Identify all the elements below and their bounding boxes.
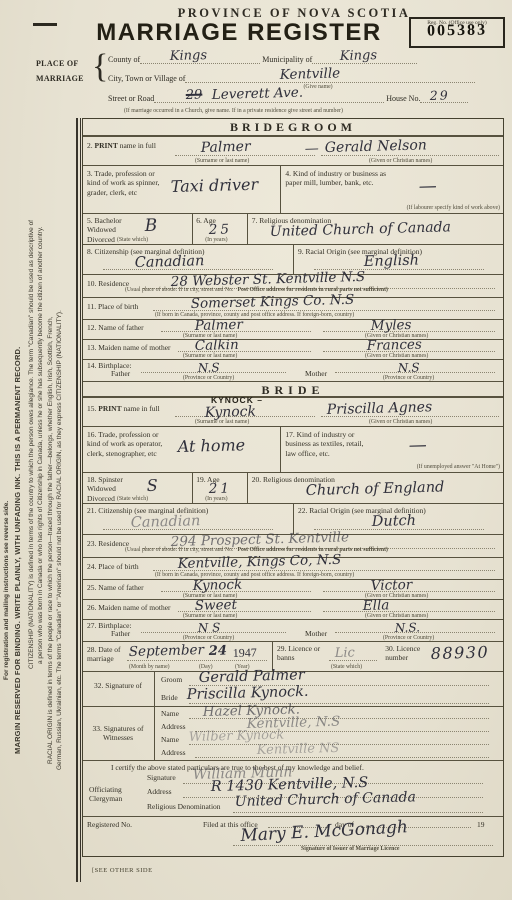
state-which-caption: (State which) xyxy=(117,237,148,243)
bride-name-label: 15. PRINT name in full xyxy=(87,404,160,413)
form-row-groom-status: 5. Bachelor Widowed Divorced B (State wh… xyxy=(83,213,503,244)
city-label: City, Town or Village of xyxy=(108,74,185,83)
date-year-value: 1947 xyxy=(233,645,257,661)
form-row-bride-trade: 16. Trade, profession or kind of work as… xyxy=(83,426,503,472)
margin-note-citizenship-2: a person who was born in Canada or who h… xyxy=(37,45,44,845)
municipality-label: Municipality of xyxy=(262,55,312,64)
dotted-line xyxy=(175,155,315,156)
groom-age-cell: 6. Age 25 (In years) xyxy=(192,214,247,244)
bride-religion-value: Church of England xyxy=(305,479,444,499)
witnesses-labelcell: 33. Signatures of Witnesses xyxy=(83,707,155,760)
witness-fields: Name Hazel Kynock. Address Kentville, N.… xyxy=(155,707,503,760)
groom-bp-mother-value: N.S xyxy=(398,360,420,375)
place-label-line1: PLACE OF xyxy=(36,56,84,71)
father-label: Father xyxy=(111,629,130,638)
groom-industry-value: — xyxy=(419,176,438,197)
bride-status-value: S xyxy=(147,476,158,495)
dotted-line xyxy=(195,757,489,758)
bride-label: Bride xyxy=(161,693,178,702)
groom-trade-cell: 3. Trade, profession or kind of work as … xyxy=(83,166,280,213)
bridegroom-section-header: BRIDEGROOM xyxy=(83,119,503,136)
groom-signature-value: Gerald Palmer xyxy=(199,667,305,686)
municipality-value: Kings xyxy=(340,48,378,64)
city-line: City, Town or Village ofKentville(Give n… xyxy=(108,74,504,83)
margin-note-citizenship-1: CITIZENSHIP (NATIONALITY) is defined in … xyxy=(28,45,35,845)
in-years-caption: (In years) xyxy=(205,237,227,243)
city-fill-line: Kentville(Give name) xyxy=(185,74,475,83)
given-caption: (Given or Christian names) xyxy=(369,419,432,425)
municipality-fill-line: Kings xyxy=(312,55,417,64)
surname-caption: (Surname or last name) xyxy=(195,158,249,164)
dotted-line xyxy=(233,812,483,813)
form-row-bride-citizenship: 21. Citizenship (see marginal definition… xyxy=(83,503,503,534)
street-caption: (If marriage occurred in a Church, give … xyxy=(124,108,343,114)
county-line: County ofKings Municipality ofKings xyxy=(108,55,504,64)
officiating-clergyman-label: Officiating Clergyman xyxy=(89,785,131,804)
bride-father-label: 25. Name of father xyxy=(87,583,144,592)
groom-industry-caption: (If labourer specify kind of work above) xyxy=(407,205,500,211)
witnesses-label: 33. Signatures of Witnesses xyxy=(87,724,149,743)
bride-section-header: BRIDE xyxy=(83,381,503,397)
month-caption: (Month by name) xyxy=(129,664,170,670)
place-brace: { xyxy=(92,48,108,86)
bride-mother-label: 26. Maiden name of mother xyxy=(87,603,171,612)
date-month-value: September xyxy=(129,642,205,660)
year-19-label: 19 xyxy=(477,820,485,829)
bride-given-value: Priscilla Agnes xyxy=(327,399,433,418)
religious-denomination-label: Religious Denomination xyxy=(147,802,221,811)
groom-citizenship-value: Canadian xyxy=(135,253,205,271)
groom-residence-label: 10. Residence xyxy=(87,279,129,288)
bride-mother-given: Ella xyxy=(363,597,390,614)
signature-of-labelcell: 32. Signature of xyxy=(83,672,155,706)
groom-mother-given: Frances xyxy=(367,337,422,354)
county-value: Kings xyxy=(170,48,208,64)
form-row-issuer-signature: Mary E. McGonagh Signature of Issuer of … xyxy=(83,830,503,856)
bride-bp-mother-value: N.S. xyxy=(395,620,421,635)
groom-label: Groom xyxy=(161,675,182,684)
groom-birth-label: 11. Place of birth xyxy=(87,302,138,311)
margin-note-racial-origin-1: RACIAL ORIGIN is defined in terms of the… xyxy=(47,215,54,865)
bride-mother-surname: Sweet xyxy=(195,597,238,614)
page-title: MARRIAGE REGISTER xyxy=(74,19,404,47)
groom-mother-label: 13. Maiden name of mother xyxy=(87,343,171,352)
place-of-marriage-block: PLACE OF MARRIAGE { County ofKings Munic… xyxy=(36,50,504,116)
city-value: Kentville xyxy=(280,65,341,83)
couple-signature-fields: Groom Gerald Palmer Bride Priscilla Kyno… xyxy=(155,672,503,706)
registration-number-box: Reg. No. (Office use only) 005383 xyxy=(409,17,505,48)
address-label: Address xyxy=(161,748,186,757)
bride-father-given: Victor xyxy=(371,577,413,594)
county-fill-line: Kings xyxy=(140,55,260,64)
groom-status-value: B xyxy=(144,216,157,236)
groom-birth-value: Somerset Kings Co. N.S xyxy=(191,292,355,312)
clergy-signature-label: Signature xyxy=(147,773,176,782)
place-label-line2: MARRIAGE xyxy=(36,71,84,86)
groom-industry-cell: 4. Kind of industry or business as paper… xyxy=(280,166,503,213)
licence-banns-label: 29. Licence or banns xyxy=(277,644,325,663)
bride-birth-label: 24. Place of birth xyxy=(87,562,139,571)
licence-number-value: 88930 xyxy=(431,642,490,663)
bride-bp-father-value: N S xyxy=(198,620,221,635)
scan-mark-dash xyxy=(33,23,57,26)
street-value: Leverett Ave. xyxy=(212,85,304,103)
form-row-groom-mother: 13. Maiden name of mother Calkin Frances… xyxy=(83,339,503,359)
licence-number-label: 30. Licence number xyxy=(385,644,425,663)
name-label: Name xyxy=(161,709,179,718)
bride-name-print: PRINT xyxy=(98,404,121,413)
bride-religion-cell: 20. Religious denomination Church of Eng… xyxy=(247,473,503,503)
groom-father-given: Myles xyxy=(371,317,412,334)
clergy-address-label: Address xyxy=(147,787,172,796)
bride-trade-cell: 16. Trade, profession or kind of work as… xyxy=(83,427,280,472)
groom-bp-father-value: N.S xyxy=(198,360,220,375)
state-which-caption: (State which) xyxy=(331,664,362,670)
state-which-caption: (State which) xyxy=(117,496,148,502)
signature-of-label: 32. Signature of xyxy=(89,681,147,690)
father-label: Father xyxy=(111,369,130,378)
street-struck-value: 29 xyxy=(186,88,203,103)
groom-name-no: 2. xyxy=(87,141,93,150)
bride-age-value: 21 xyxy=(209,480,233,497)
house-no-fill-line: 29 xyxy=(420,94,468,103)
bride-industry-value: — xyxy=(409,435,428,456)
street-label: Street or Road xyxy=(108,94,154,103)
form-row-bride-name: 15. PRINT name in full KYNOCK – Kynock P… xyxy=(83,397,503,426)
marriage-register-form: BRIDEGROOM 2. PRINT name in full Palmer … xyxy=(82,118,504,857)
groom-father-surname: Palmer xyxy=(195,317,243,334)
licence-number-cell: 30. Licence number 88930 xyxy=(381,642,503,671)
residence-caption-normal: (Usual place of abode. If in city, stree… xyxy=(125,287,233,293)
bride-status-cell: 18. Spinster Widowed Divorced S (State w… xyxy=(83,473,192,503)
reg-no-stamp: 005383 xyxy=(413,21,501,41)
bride-industry-caption: (If unemployed answer "At Home") xyxy=(417,464,500,470)
form-row-bride-birthplace: 24. Place of birth Kentville, Kings Co, … xyxy=(83,557,503,579)
date-cell: 28. Date of marriage September 24 1947 (… xyxy=(83,642,272,671)
bride-residence-label: 23. Residence xyxy=(87,539,129,548)
groom-surname-value: Palmer xyxy=(201,139,251,156)
margin-note-racial-origin-2: German, Russian, Ukrainian, etc. The ter… xyxy=(56,215,63,865)
form-row-bride-parents-birthplace: 27. Birthplace: Father N S (Province or … xyxy=(83,619,503,641)
form-row-groom-trade: 3. Trade, profession or kind of work as … xyxy=(83,165,503,213)
margin-note-binding: MARGIN RESERVED FOR BINDING. WRITE PLAIN… xyxy=(13,315,22,785)
groom-mother-surname: Calkin xyxy=(195,337,239,354)
form-row-bride-status: 18. Spinster Widowed Divorced S (State w… xyxy=(83,472,503,503)
registered-no-label: Registered No. xyxy=(87,820,132,829)
given-caption: (Given or Christian names) xyxy=(369,158,432,164)
residence-caption-normal: (Usual place of abode. If in city, stree… xyxy=(125,547,233,553)
street-line: Street or Road29Leverett Ave. House No.2… xyxy=(108,94,504,103)
date-label: 28. Date of marriage xyxy=(87,645,125,664)
groom-birth-caption: (If born in Canada, province, county and… xyxy=(155,312,354,318)
in-years-caption: (In years) xyxy=(205,496,227,502)
bride-industry-cell: 17. Kind of industry or business as text… xyxy=(280,427,503,472)
groom-father-label: 12. Name of father xyxy=(87,323,144,332)
form-row-groom-name: 2. PRINT name in full Palmer — Gerald Ne… xyxy=(83,136,503,165)
groom-given-value: Gerald Nelson xyxy=(325,137,427,156)
form-row-groom-birthplace: 11. Place of birth Somerset Kings Co. N.… xyxy=(83,297,503,319)
groom-age-value: 25 xyxy=(209,221,233,238)
form-row-bride-father: 25. Name of father Kynock Victor (Surnam… xyxy=(83,579,503,599)
form-row-marriage-date: 28. Date of marriage September 24 1947 (… xyxy=(83,641,503,671)
bride-age-cell: 19. Age 21 (In years) xyxy=(192,473,247,503)
bride-birth-caption: (If born in Canada, province, county and… xyxy=(155,572,354,578)
surname-caption: (Surname or last name) xyxy=(195,419,249,425)
form-row-witness-signatures: 33. Signatures of Witnesses Name Hazel K… xyxy=(83,706,503,760)
dotted-line xyxy=(323,611,495,612)
form-row-bride-mother: 26. Maiden name of mother Sweet Ella (Su… xyxy=(83,599,503,619)
binding-rule xyxy=(76,118,81,882)
form-row-certification: I certify the above stated particulars a… xyxy=(83,760,503,816)
street-fill-line: 29Leverett Ave. xyxy=(154,94,384,103)
form-row-groom-citizenship: 8. Citizenship (see marginal definition)… xyxy=(83,244,503,274)
name-label: Name xyxy=(161,735,179,744)
bride-industry-label: 17. Kind of industry or business as text… xyxy=(285,430,373,458)
bride-trade-value: At home xyxy=(178,435,246,456)
licence-banns-value: Lic xyxy=(335,645,355,661)
bride-citizenship-value: Canadian xyxy=(131,513,201,531)
bride-name-rest: name in full xyxy=(123,404,159,413)
bride-name-no: 15. xyxy=(87,404,96,413)
bride-citizenship-cell: 21. Citizenship (see marginal definition… xyxy=(83,504,293,534)
county-label: County of xyxy=(108,55,140,64)
groom-name-dash: — xyxy=(305,141,319,157)
groom-citizenship-cell: 8. Citizenship (see marginal definition)… xyxy=(83,245,293,274)
groom-racial-value: English xyxy=(364,253,420,270)
bride-father-surname: Kynock xyxy=(193,577,243,594)
groom-trade-label: 3. Trade, profession or kind of work as … xyxy=(87,169,163,197)
house-no-value: 29 xyxy=(430,87,450,103)
issuer-signature-caption: Signature of Issuer of Marriage Licence xyxy=(301,846,399,852)
groom-religion-cell: 7. Religious denomination United Church … xyxy=(247,214,503,244)
groom-name-print: PRINT xyxy=(95,141,118,150)
witness2-address-value: Kentville NS xyxy=(257,741,340,758)
groom-trade-value: Taxi driver xyxy=(171,175,259,196)
groom-industry-label: 4. Kind of industry or business as paper… xyxy=(285,169,387,188)
groom-name-label: 2. PRINT name in full xyxy=(87,141,156,150)
margin-note-registration: For registration and mailing instruction… xyxy=(3,390,10,790)
mother-label: Mother xyxy=(305,369,327,378)
bride-birth-value: Kentville, Kings Co, N.S xyxy=(178,552,342,572)
bride-signature-value: Priscilla Kynock. xyxy=(187,684,309,703)
place-label: PLACE OF MARRIAGE xyxy=(36,56,84,86)
mother-label: Mother xyxy=(305,629,327,638)
form-row-groom-father: 12. Name of father Palmer Myles (Surname… xyxy=(83,319,503,339)
bride-trade-label: 16. Trade, profession or kind of work as… xyxy=(87,430,167,458)
see-other-side-note: [SEE OTHER SIDE xyxy=(92,867,153,874)
groom-religion-value: United Church of Canada xyxy=(269,219,451,240)
form-row-groom-parents-birthplace: 14. Birthplace: Father N.S (Province or … xyxy=(83,359,503,381)
date-day-value: 24 xyxy=(209,644,227,659)
religious-denomination-value: United Church of Canada xyxy=(235,789,417,810)
groom-name-rest: name in full xyxy=(120,141,156,150)
house-no-label: House No. xyxy=(386,94,420,103)
bride-racial-value: Dutch xyxy=(372,513,417,530)
groom-status-cell: 5. Bachelor Widowed Divorced B (State wh… xyxy=(83,214,192,244)
city-caption: (Give name) xyxy=(303,84,332,90)
address-label: Address xyxy=(161,722,186,731)
